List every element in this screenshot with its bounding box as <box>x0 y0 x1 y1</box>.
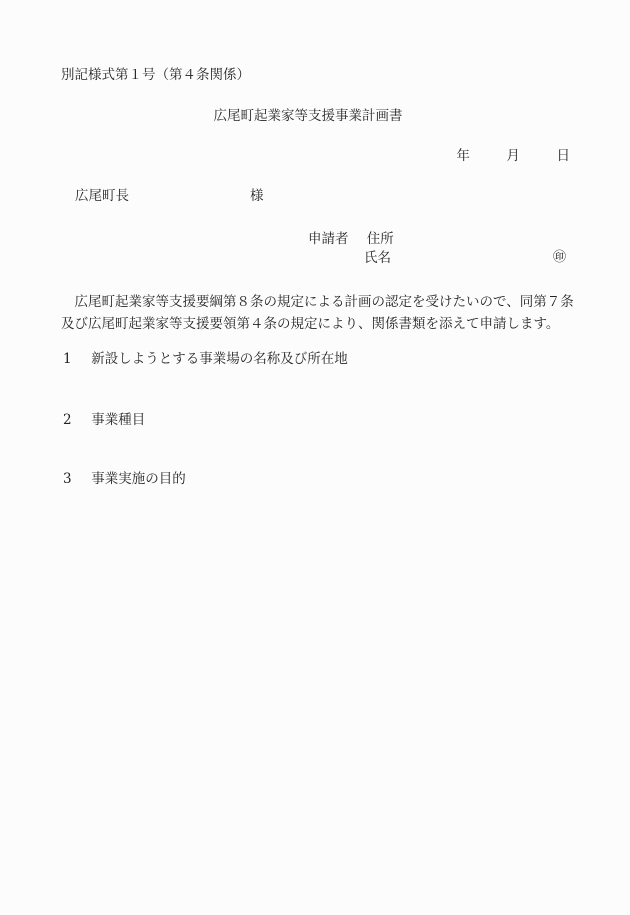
addressee-honorific: 様 <box>250 190 264 204</box>
name-label: 氏名 <box>364 252 391 266</box>
item-label: 事業種目 <box>91 412 145 428</box>
list-item: 2 事業種目 <box>63 414 145 428</box>
date-year-label: 年 <box>456 150 470 164</box>
item-number: 3 <box>63 473 87 487</box>
date-month-label: 月 <box>506 150 520 164</box>
addressee: 広尾町長 様 <box>75 190 129 204</box>
item-label: 事業実施の目的 <box>91 471 186 487</box>
form-number: 別記様式第１号（第４条関係） <box>61 69 250 83</box>
statement-line-1: 広尾町起業家等支援要綱第８条の規定による計画の認定を受けたいので、同第７条 <box>61 291 576 313</box>
date-day-label: 日 <box>557 150 571 164</box>
applicant-label: 申請者 <box>308 231 349 247</box>
applicant-address-row: 申請者 住所 <box>308 233 394 247</box>
list-item: 1 新設しようとする事業場の名称及び所在地 <box>63 353 348 367</box>
date-line: 年 月 日 <box>456 150 570 164</box>
address-label: 住所 <box>367 231 394 247</box>
document-title: 広尾町起業家等支援事業計画書 <box>0 110 616 124</box>
addressee-name: 広尾町長 <box>75 188 129 204</box>
item-number: 1 <box>63 353 87 367</box>
list-item: 3 事業実施の目的 <box>63 473 186 487</box>
item-number: 2 <box>63 414 87 428</box>
application-statement: 広尾町起業家等支援要綱第８条の規定による計画の認定を受けたいので、同第７条 及び… <box>61 291 576 335</box>
statement-line-2: 及び広尾町起業家等支援要領第４条の規定により、関係書類を添えて申請します。 <box>61 313 576 335</box>
item-label: 新設しようとする事業場の名称及び所在地 <box>91 351 348 367</box>
seal-icon: ㊞ <box>553 251 566 264</box>
